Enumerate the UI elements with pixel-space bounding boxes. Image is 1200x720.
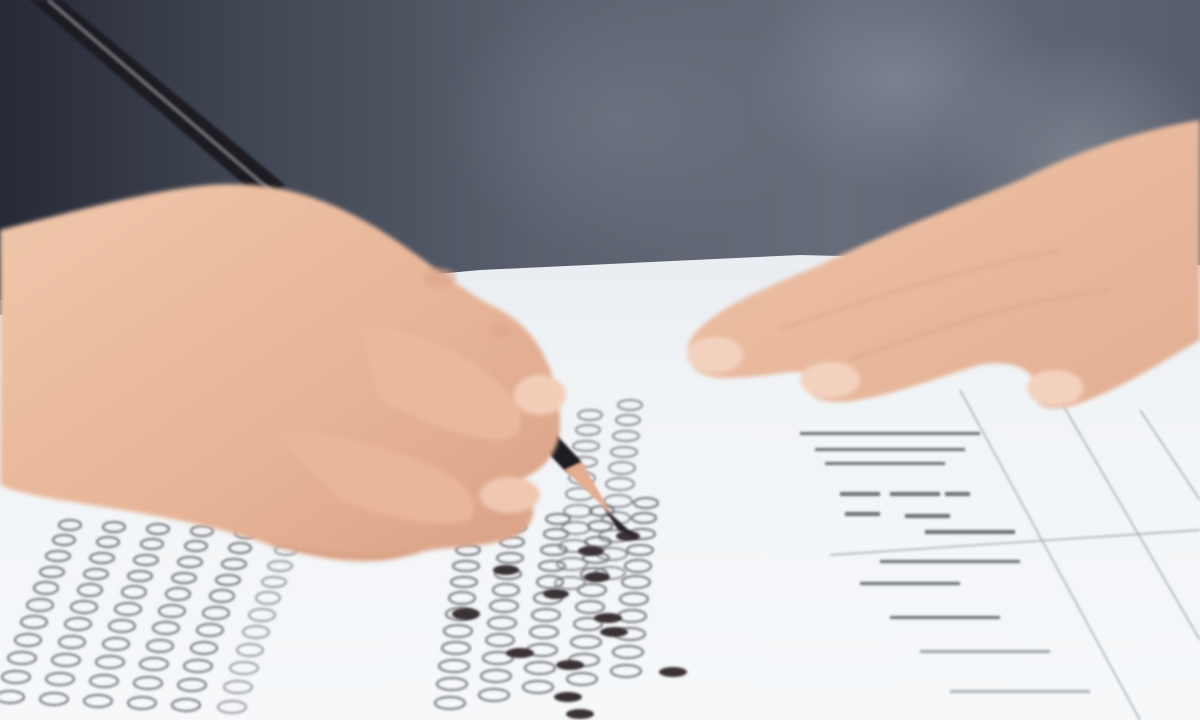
filled-answer-bubbles	[452, 531, 687, 719]
question-sheet-text	[800, 432, 1090, 693]
photo-scene	[0, 0, 1200, 720]
writing-hand	[0, 184, 566, 561]
resting-hand	[687, 120, 1200, 408]
omr-sheet-drawing	[0, 0, 1200, 720]
question-sheet-lines	[830, 390, 1200, 720]
bubble-grid-left	[0, 520, 303, 713]
